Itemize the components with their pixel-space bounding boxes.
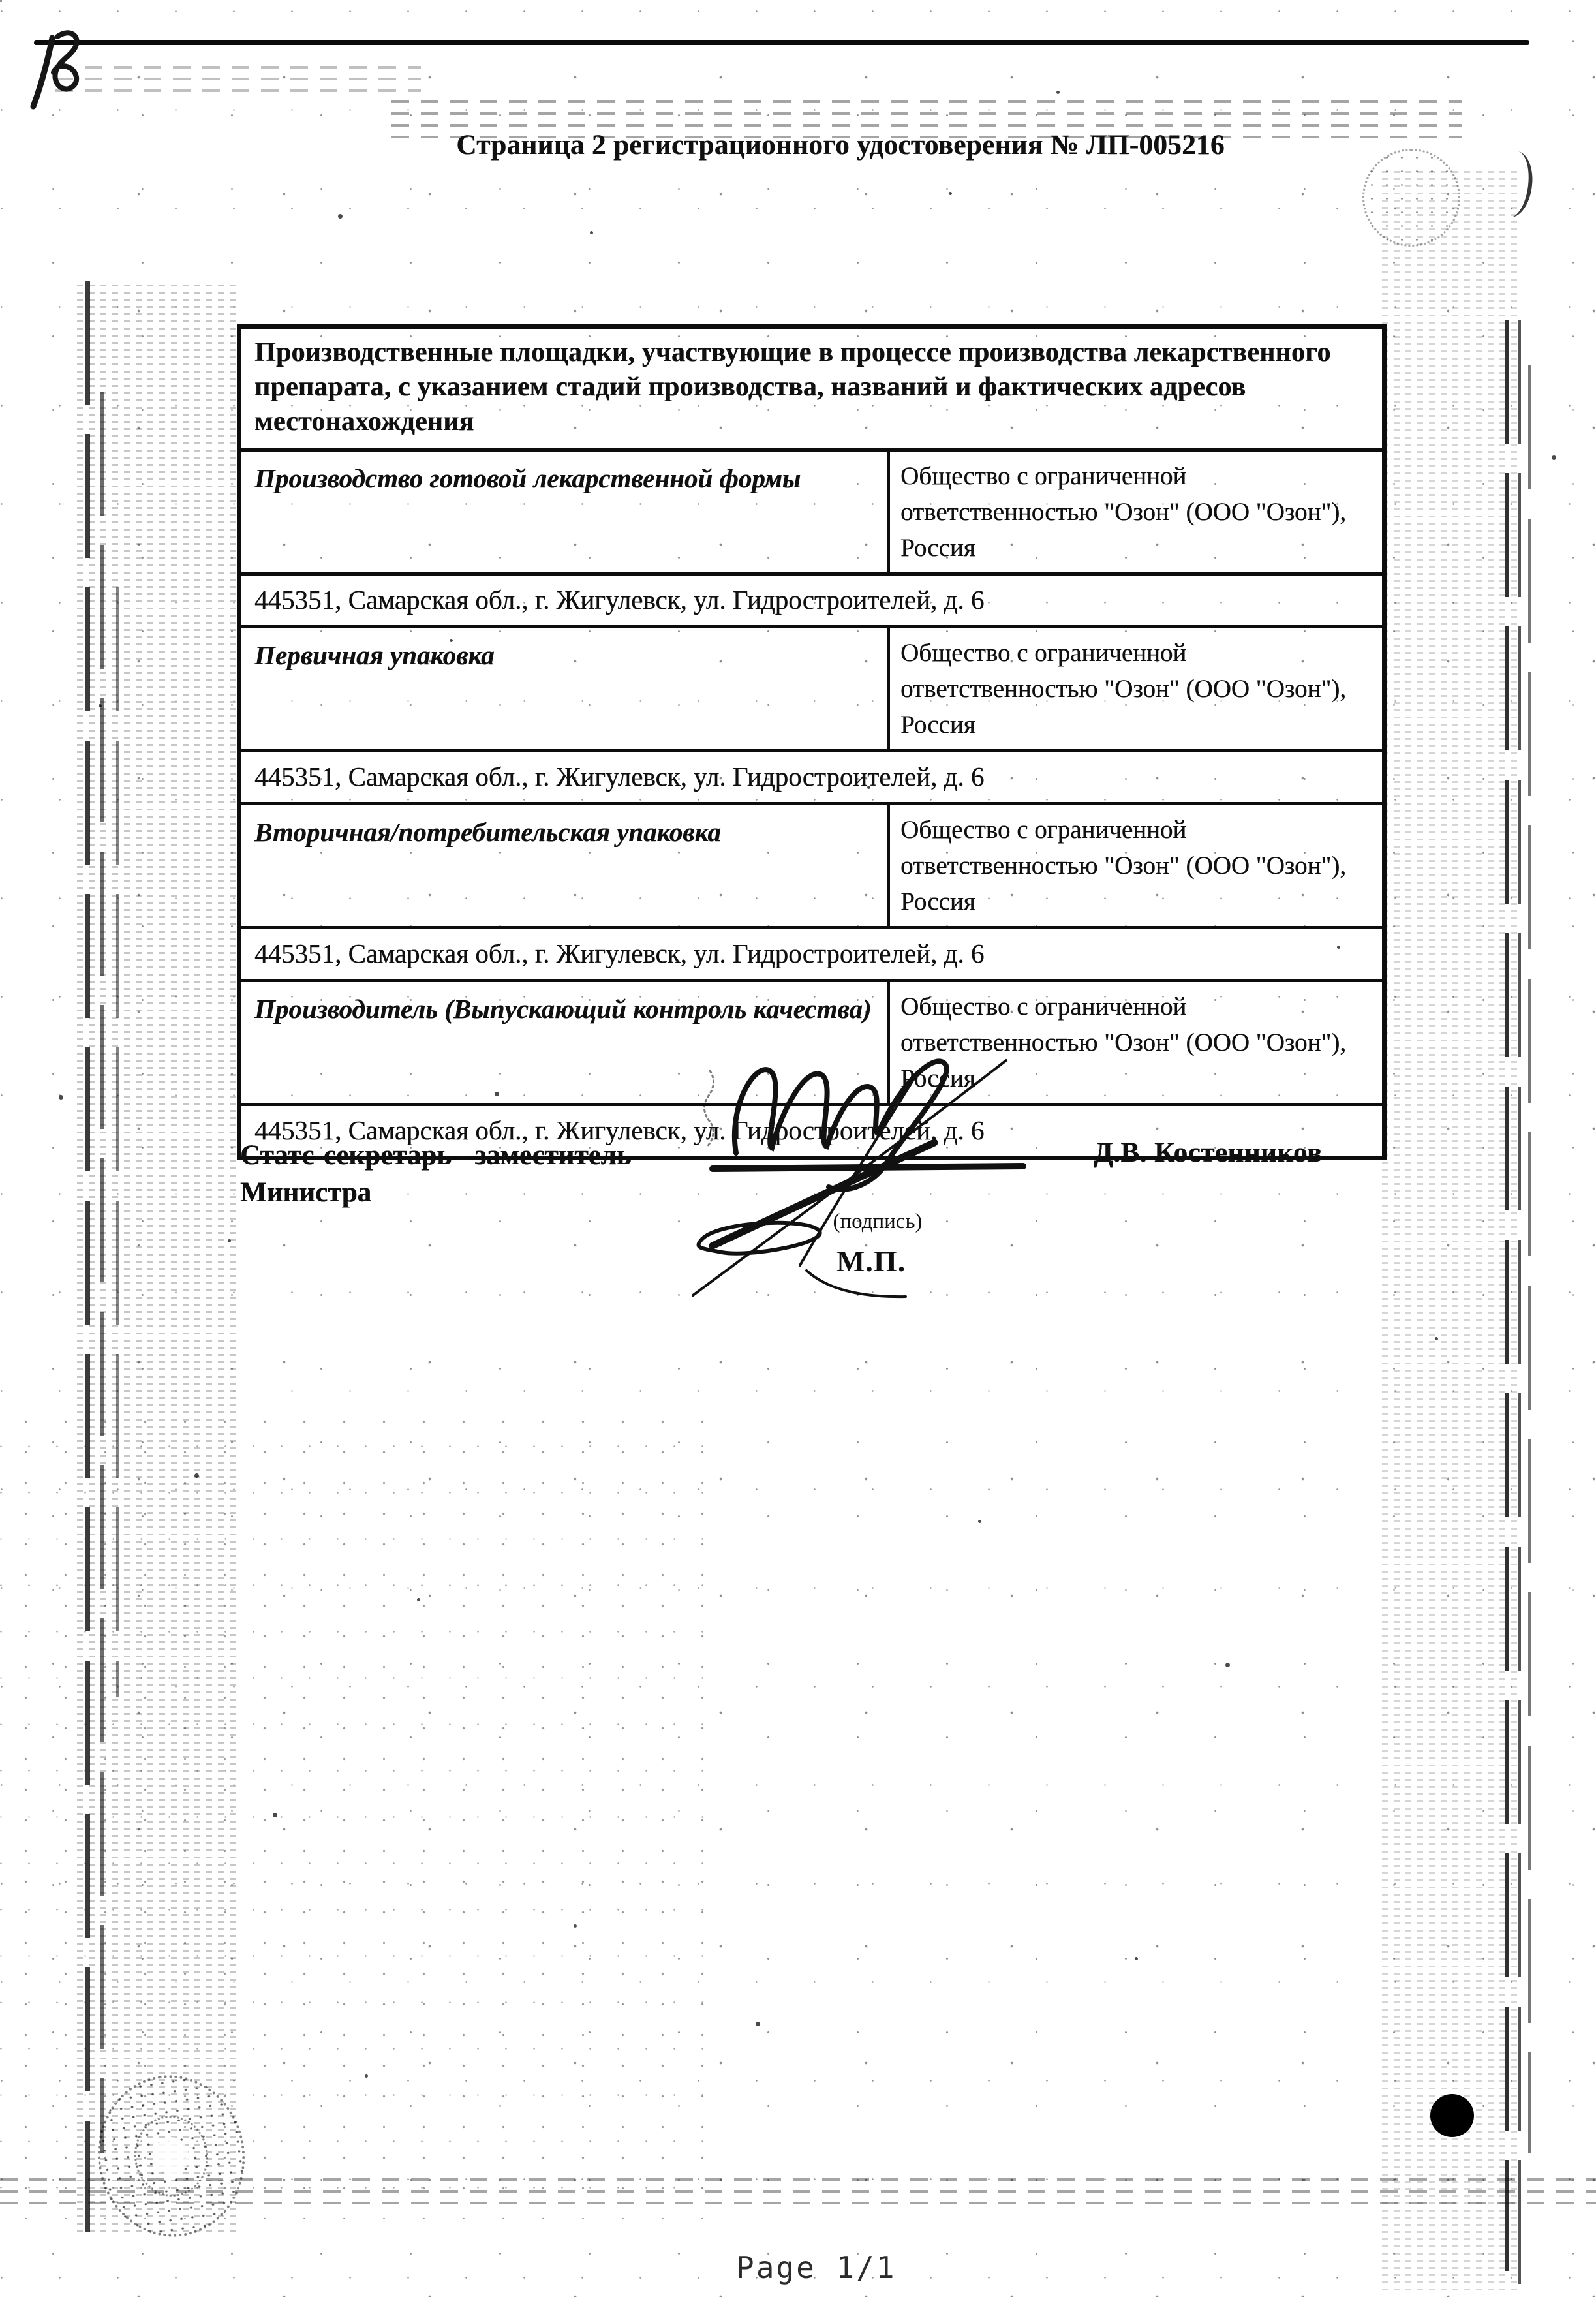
stage-cell: Производство готовой лекарственной формы bbox=[239, 450, 889, 574]
handwritten-page-number: 18 bbox=[12, 9, 116, 120]
scan-noise-bottom-band bbox=[0, 2178, 1596, 2204]
address-cell: 445351, Самарская обл., г. Жигулевск, ул… bbox=[239, 574, 1385, 627]
table-row: Первичная упаковка Общество с ограниченн… bbox=[239, 627, 1385, 751]
address-cell: 445351, Самарская обл., г. Жигулевск, ул… bbox=[239, 928, 1385, 981]
table-row: 445351, Самарская обл., г. Жигулевск, ул… bbox=[239, 574, 1385, 627]
top-horizontal-rule bbox=[34, 40, 1529, 45]
stage-cell: Вторичная/потребительская упаковка bbox=[239, 804, 889, 928]
scan-streak-right-1 bbox=[1505, 320, 1509, 2271]
table-title-row: Производственные площадки, участвующие в… bbox=[239, 327, 1385, 450]
signature-caption: (подпись) bbox=[809, 1210, 946, 1234]
organization-cell: Общество с ограниченной ответственностью… bbox=[889, 450, 1385, 574]
table-row: Вторичная/потребительская упаковка Общес… bbox=[239, 804, 1385, 928]
ink-blot-dot bbox=[1430, 2094, 1474, 2137]
scan-streak-right-2 bbox=[1518, 320, 1521, 2284]
round-stamp-remnant bbox=[87, 2066, 255, 2247]
stage-cell: Первичная упаковка bbox=[239, 627, 889, 751]
production-sites-table: Производственные площадки, участвующие в… bbox=[237, 324, 1387, 1160]
page-title: Страница 2 регистрационного удостоверени… bbox=[85, 129, 1596, 161]
scan-streak-right-3 bbox=[1528, 365, 1531, 2153]
table-title-cell: Производственные площадки, участвующие в… bbox=[239, 327, 1385, 450]
scan-noise-left-band bbox=[77, 281, 237, 2232]
scan-speckle-lower-left bbox=[0, 1403, 718, 2219]
table-row: 445351, Самарская обл., г. Жигулевск, ул… bbox=[239, 751, 1385, 804]
scanned-certificate-page: 18 Страница 2 регистрационного удостовер… bbox=[0, 0, 1596, 2297]
stamp-ring-remnant bbox=[1362, 149, 1460, 247]
scan-streak-left-2 bbox=[100, 392, 104, 2153]
organization-cell: Общество с ограниченной ответственностью… bbox=[889, 804, 1385, 928]
scan-noise-right-band bbox=[1382, 166, 1522, 2290]
seal-place-caption: М.П. bbox=[836, 1244, 928, 1278]
table-row: 445351, Самарская обл., г. Жигулевск, ул… bbox=[239, 928, 1385, 981]
signer-name: Д.В. Костенников bbox=[1094, 1137, 1387, 1169]
organization-cell: Общество с ограниченной ответственностью… bbox=[889, 627, 1385, 751]
address-cell: 445351, Самарская обл., г. Жигулевск, ул… bbox=[239, 751, 1385, 804]
page-footer-label: Page 1/1 bbox=[736, 2250, 897, 2285]
scan-streak-left-3 bbox=[116, 587, 119, 1697]
scan-ink-specks bbox=[0, 0, 2, 2]
scan-streak-left-1 bbox=[85, 281, 90, 2232]
table-row: Производство готовой лекарственной формы… bbox=[239, 450, 1385, 574]
signatory-post-title: Статс-секретарь - заместитель Министра bbox=[240, 1137, 697, 1211]
